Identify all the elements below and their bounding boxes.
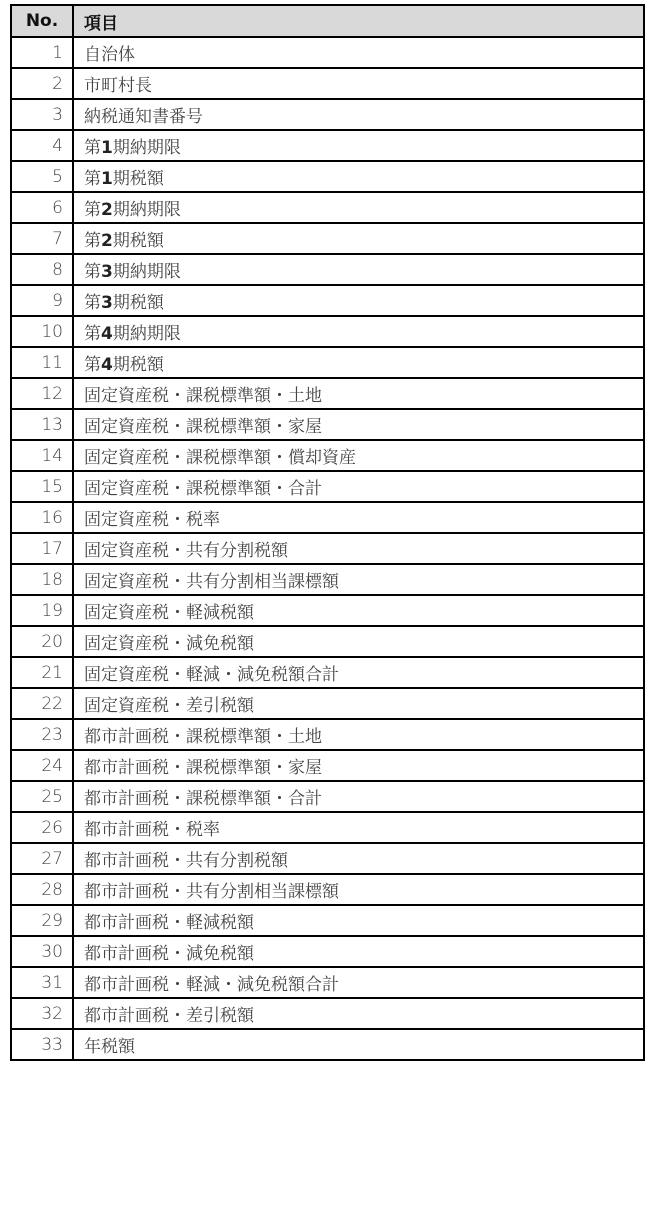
row-item: 固定資産税・軽減・減免税額合計 xyxy=(73,657,644,688)
row-item: 固定資産税・課税標準額・合計 xyxy=(73,471,644,502)
table-row: 17固定資産税・共有分割税額 xyxy=(11,533,644,564)
table-row: 21固定資産税・軽減・減免税額合計 xyxy=(11,657,644,688)
row-number: 8 xyxy=(11,254,73,285)
row-number: 3 xyxy=(11,99,73,130)
table-row: 18固定資産税・共有分割相当課標額 xyxy=(11,564,644,595)
row-number: 11 xyxy=(11,347,73,378)
table-row: 16固定資産税・税率 xyxy=(11,502,644,533)
row-number: 14 xyxy=(11,440,73,471)
row-number: 4 xyxy=(11,130,73,161)
row-item: 固定資産税・差引税額 xyxy=(73,688,644,719)
row-number: 1 xyxy=(11,37,73,68)
table-header-row: No. 項目 xyxy=(11,5,644,37)
table-row: 10第4期納期限 xyxy=(11,316,644,347)
column-header-no: No. xyxy=(11,5,73,37)
row-item: 都市計画税・課税標準額・合計 xyxy=(73,781,644,812)
row-item: 市町村長 xyxy=(73,68,644,99)
row-number: 25 xyxy=(11,781,73,812)
row-item: 固定資産税・課税標準額・土地 xyxy=(73,378,644,409)
row-number: 10 xyxy=(11,316,73,347)
row-item: 年税額 xyxy=(73,1029,644,1060)
row-item: 自治体 xyxy=(73,37,644,68)
row-number: 24 xyxy=(11,750,73,781)
row-item: 固定資産税・税率 xyxy=(73,502,644,533)
row-number: 32 xyxy=(11,998,73,1029)
row-item: 第3期税額 xyxy=(73,285,644,316)
row-item: 第1期納期限 xyxy=(73,130,644,161)
row-number: 5 xyxy=(11,161,73,192)
row-item: 都市計画税・共有分割税額 xyxy=(73,843,644,874)
row-item: 都市計画税・課税標準額・土地 xyxy=(73,719,644,750)
table-row: 24都市計画税・課税標準額・家屋 xyxy=(11,750,644,781)
tax-items-table: No. 項目 1自治体2市町村長3納税通知書番号4第1期納期限5第1期税額6第2… xyxy=(10,4,645,1061)
row-item: 第2期税額 xyxy=(73,223,644,254)
row-item: 固定資産税・減免税額 xyxy=(73,626,644,657)
row-item: 固定資産税・課税標準額・償却資産 xyxy=(73,440,644,471)
row-item: 第4期税額 xyxy=(73,347,644,378)
table-row: 11第4期税額 xyxy=(11,347,644,378)
row-item: 固定資産税・共有分割税額 xyxy=(73,533,644,564)
row-number: 16 xyxy=(11,502,73,533)
row-number: 18 xyxy=(11,564,73,595)
row-item: 都市計画税・減免税額 xyxy=(73,936,644,967)
row-number: 27 xyxy=(11,843,73,874)
row-number: 7 xyxy=(11,223,73,254)
table-row: 12固定資産税・課税標準額・土地 xyxy=(11,378,644,409)
table-row: 3納税通知書番号 xyxy=(11,99,644,130)
table-row: 6第2期納期限 xyxy=(11,192,644,223)
row-number: 20 xyxy=(11,626,73,657)
table-row: 26都市計画税・税率 xyxy=(11,812,644,843)
row-number: 15 xyxy=(11,471,73,502)
table-row: 22固定資産税・差引税額 xyxy=(11,688,644,719)
table-row: 27都市計画税・共有分割税額 xyxy=(11,843,644,874)
row-number: 13 xyxy=(11,409,73,440)
row-item: 固定資産税・軽減税額 xyxy=(73,595,644,626)
row-item: 都市計画税・軽減・減免税額合計 xyxy=(73,967,644,998)
table-row: 32都市計画税・差引税額 xyxy=(11,998,644,1029)
row-number: 23 xyxy=(11,719,73,750)
column-header-item: 項目 xyxy=(73,5,644,37)
row-number: 17 xyxy=(11,533,73,564)
row-number: 26 xyxy=(11,812,73,843)
row-number: 33 xyxy=(11,1029,73,1060)
row-number: 30 xyxy=(11,936,73,967)
table-row: 1自治体 xyxy=(11,37,644,68)
row-item: 納税通知書番号 xyxy=(73,99,644,130)
row-number: 28 xyxy=(11,874,73,905)
row-item: 第3期納期限 xyxy=(73,254,644,285)
row-number: 31 xyxy=(11,967,73,998)
row-number: 9 xyxy=(11,285,73,316)
table-row: 23都市計画税・課税標準額・土地 xyxy=(11,719,644,750)
table-row: 5第1期税額 xyxy=(11,161,644,192)
row-item: 都市計画税・税率 xyxy=(73,812,644,843)
row-item: 第2期納期限 xyxy=(73,192,644,223)
table-row: 29都市計画税・軽減税額 xyxy=(11,905,644,936)
row-item: 都市計画税・軽減税額 xyxy=(73,905,644,936)
table-row: 2市町村長 xyxy=(11,68,644,99)
table-row: 31都市計画税・軽減・減免税額合計 xyxy=(11,967,644,998)
table-row: 9第3期税額 xyxy=(11,285,644,316)
row-number: 12 xyxy=(11,378,73,409)
table-row: 25都市計画税・課税標準額・合計 xyxy=(11,781,644,812)
table-row: 4第1期納期限 xyxy=(11,130,644,161)
row-number: 29 xyxy=(11,905,73,936)
row-number: 2 xyxy=(11,68,73,99)
table-row: 20固定資産税・減免税額 xyxy=(11,626,644,657)
table-row: 30都市計画税・減免税額 xyxy=(11,936,644,967)
row-item: 第4期納期限 xyxy=(73,316,644,347)
row-number: 6 xyxy=(11,192,73,223)
row-item: 固定資産税・課税標準額・家屋 xyxy=(73,409,644,440)
table-row: 7第2期税額 xyxy=(11,223,644,254)
row-number: 22 xyxy=(11,688,73,719)
table-row: 28都市計画税・共有分割相当課標額 xyxy=(11,874,644,905)
row-item: 都市計画税・差引税額 xyxy=(73,998,644,1029)
table-body: 1自治体2市町村長3納税通知書番号4第1期納期限5第1期税額6第2期納期限7第2… xyxy=(11,37,644,1060)
row-number: 19 xyxy=(11,595,73,626)
row-item: 第1期税額 xyxy=(73,161,644,192)
table-row: 13固定資産税・課税標準額・家屋 xyxy=(11,409,644,440)
table-row: 8第3期納期限 xyxy=(11,254,644,285)
row-item: 固定資産税・共有分割相当課標額 xyxy=(73,564,644,595)
table-row: 33年税額 xyxy=(11,1029,644,1060)
table-row: 15固定資産税・課税標準額・合計 xyxy=(11,471,644,502)
row-item: 都市計画税・共有分割相当課標額 xyxy=(73,874,644,905)
row-item: 都市計画税・課税標準額・家屋 xyxy=(73,750,644,781)
row-number: 21 xyxy=(11,657,73,688)
table-row: 19固定資産税・軽減税額 xyxy=(11,595,644,626)
table-row: 14固定資産税・課税標準額・償却資産 xyxy=(11,440,644,471)
